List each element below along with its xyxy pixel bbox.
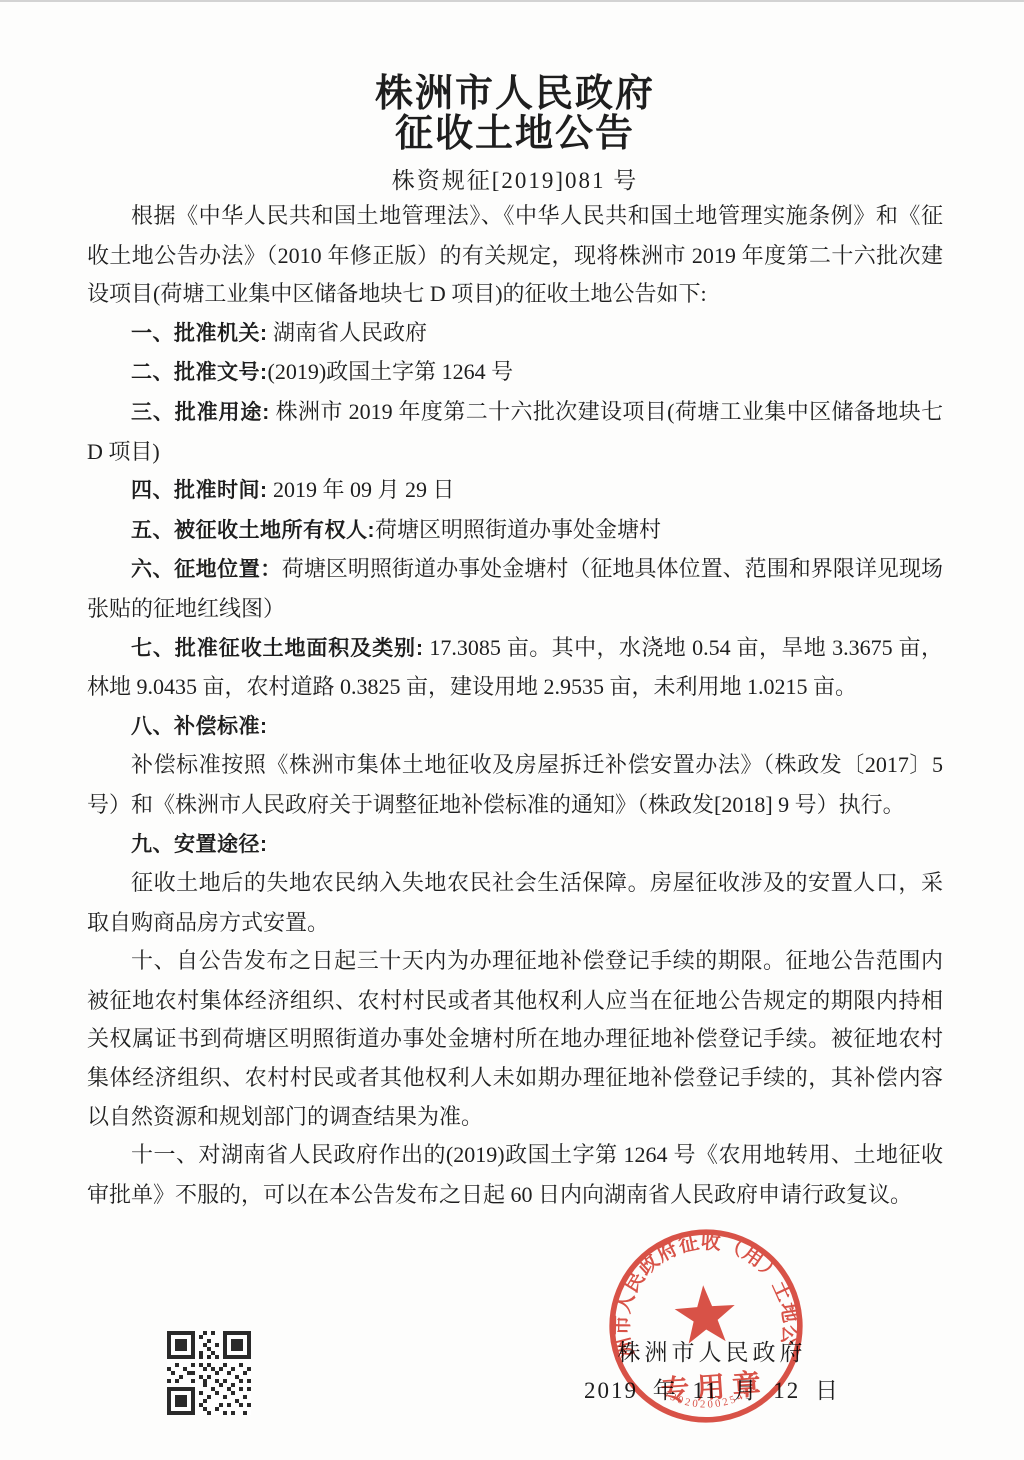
item-approval-use: 三、批准用途: 株洲市 2019 年度第二十六批次建设项目(荷塘工业集中区储备地…	[87, 393, 943, 471]
paragraph-text: 荷塘区明照街道办事处金塘村	[375, 517, 661, 542]
item-approval-number: 二、批准文号:(2019)政国土字第 1264 号	[87, 353, 943, 393]
paragraph-text: 根据《中华人民共和国土地管理法》、《中华人民共和国土地管理实施条例》和《征收土地…	[87, 203, 943, 306]
paragraph-lead: 五、被征收土地所有权人:	[131, 519, 375, 542]
item-resettlement: 九、安置途径:	[87, 825, 943, 865]
paragraph-lead: 三、批准用途:	[131, 401, 270, 424]
paragraph-text: 征收土地后的失地农民纳入失地农民社会生活保障。房屋征收涉及的安置人口，采取自购商…	[87, 870, 943, 935]
paragraph-text: 十一、对湖南省人民政府作出的(2019)政国土字第 1264 号《农用地转用、土…	[87, 1142, 943, 1207]
paragraph-lead: 七、批准征收土地面积及类别:	[131, 637, 423, 660]
paragraph-lead: 一、批准机关:	[131, 322, 268, 345]
compensation-detail: 补偿标准按照《株洲市集体土地征收及房屋拆迁补偿安置办法》（株政发〔2017〕5 …	[87, 746, 943, 824]
official-seal-graphic: 株洲市人民政府征收（用）土地公告 专用章 4302020025498	[597, 1217, 815, 1435]
paragraph-lead: 九、安置途径:	[131, 833, 268, 856]
seal-star-icon	[673, 1283, 737, 1344]
item-approval-authority: 一、批准机关: 湖南省人民政府	[87, 314, 943, 354]
paragraph-lead: 八、补偿标准:	[131, 715, 268, 738]
item-land-area: 七、批准征收土地面积及类别: 17.3085 亩。其中，水浇地 0.54 亩，旱…	[87, 629, 943, 707]
resettlement-detail: 征收土地后的失地农民纳入失地农民社会生活保障。房屋征收涉及的安置人口，采取自购商…	[87, 864, 943, 942]
item-registration-deadline: 十、自公告发布之日起三十天内为办理征地补偿登记手续的期限。征地公告范围内被征地农…	[87, 942, 943, 1136]
paragraph-lead: 二、批准文号:	[131, 361, 268, 384]
paragraph-text: 补偿标准按照《株洲市集体土地征收及房屋拆迁补偿安置办法》（株政发〔2017〕5 …	[87, 752, 943, 817]
title-line-2: 征收土地公告	[87, 114, 943, 154]
qr-code	[167, 1331, 251, 1415]
official-seal: 株洲市人民政府征收（用）土地公告 专用章 4302020025498	[597, 1217, 815, 1435]
paragraph-text: (2019)政国土字第 1264 号	[268, 359, 514, 384]
item-land-location: 六、征地位置：荷塘区明照街道办事处金塘村（征地具体位置、范围和界限详见现场张贴的…	[87, 550, 943, 628]
scan-edge-artifact	[0, 0, 1024, 2]
title-line-1: 株洲市人民政府	[87, 74, 943, 114]
paragraph-text: 十、自公告发布之日起三十天内为办理征地补偿登记手续的期限。征地公告范围内被征地农…	[87, 948, 943, 1128]
document-title: 株洲市人民政府 征收土地公告	[87, 74, 943, 154]
paragraph-lead: 六、征地位置：	[131, 558, 282, 581]
document-content: 株洲市人民政府 征收土地公告 株资规征[2019]081 号 根据《中华人民共和…	[87, 74, 943, 1214]
paragraph-text: 2019 年 09 月 29 日	[268, 477, 455, 502]
item-approval-date: 四、批准时间: 2019 年 09 月 29 日	[87, 471, 943, 511]
document-page: 株洲市人民政府 征收土地公告 株资规征[2019]081 号 根据《中华人民共和…	[0, 0, 1024, 1460]
item-review-rights: 十一、对湖南省人民政府作出的(2019)政国土字第 1264 号《农用地转用、土…	[87, 1136, 943, 1214]
seal-ring-text: 株洲市人民政府征收（用）土地公告	[597, 1217, 804, 1361]
qr-code-graphic	[167, 1331, 251, 1415]
paragraph-text: 湖南省人民政府	[268, 320, 428, 345]
paragraph-intro: 根据《中华人民共和国土地管理法》、《中华人民共和国土地管理实施条例》和《征收土地…	[87, 197, 943, 314]
document-body: 根据《中华人民共和国土地管理法》、《中华人民共和国土地管理实施条例》和《征收土地…	[87, 197, 943, 1214]
item-landowner: 五、被征收土地所有权人:荷塘区明照街道办事处金塘村	[87, 511, 943, 551]
paragraph-lead: 四、批准时间:	[131, 479, 268, 502]
item-compensation-standard: 八、补偿标准:	[87, 707, 943, 747]
document-number: 株资规征[2019]081 号	[87, 166, 943, 196]
